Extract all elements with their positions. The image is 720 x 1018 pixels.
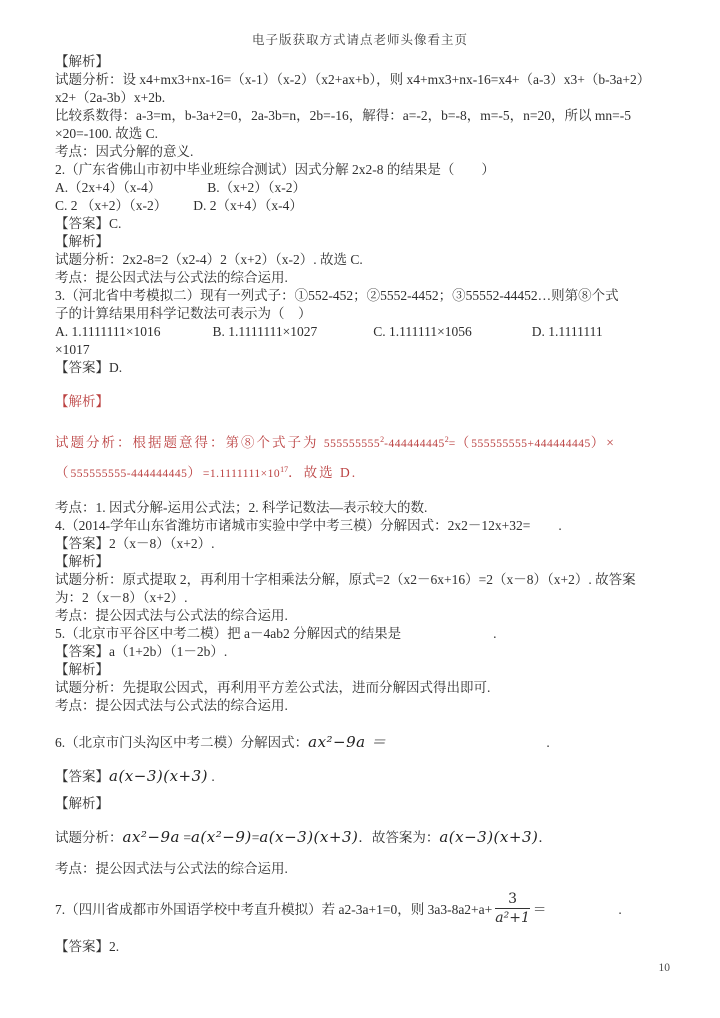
doc-line: A. 1.1111111×1016B. 1.1111111×1027C. 1.1… <box>55 323 680 341</box>
doc-line: 试题分析：ax²−9a =a(x²−9)=a(x−3)(x+3)．故答案为：a(… <box>55 825 680 850</box>
text-segment: ． <box>538 830 552 845</box>
text-segment: 555555555+444444445 <box>471 438 591 450</box>
text-segment: 【答案】a（1+2b）（1－2b）. <box>55 644 227 659</box>
doc-line: 考点：因式分解的意义. <box>55 143 680 161</box>
text-segment: D. 1.1111111 <box>532 324 603 339</box>
text-segment: C. 2 （x+2）（x-2） <box>55 198 167 213</box>
text-segment: 3.（河北省中考模拟二）现有一列式子：①552-452；②5552-4452；③… <box>55 288 619 303</box>
text-segment: 555555555-444444445 <box>71 468 188 480</box>
text-segment: 【答案】D. <box>55 360 122 375</box>
text-segment: . <box>618 902 621 917</box>
text-segment: ．故答案为： <box>358 830 439 845</box>
text-segment: -444444445 <box>384 438 445 450</box>
text-segment: 试题分析：2x2-8=2（x2-4）2（x+2）（x-2）. 故选 C. <box>55 252 363 267</box>
doc-line: 考点：提公因式法与公式法的综合运用. <box>55 860 680 878</box>
text-segment: . <box>558 518 561 533</box>
text-segment: =1.1111111×10 <box>203 468 280 480</box>
doc-line: 考点：提公因式法与公式法的综合运用. <box>55 607 680 625</box>
text-segment: = <box>449 438 456 450</box>
text-segment: 试题分析：设 x4+mx3+nx-16=（x-1）（x-2）（x2+ax+b），… <box>55 72 650 87</box>
doc-line: 试题分析：根据题意得：第⑧个式子为 5555555552-4444444452=… <box>55 427 680 457</box>
text-segment: 【答案】C. <box>55 216 121 231</box>
text-segment: （ <box>456 435 472 450</box>
doc-line: 【答案】a（1+2b）（1－2b）. <box>55 643 680 661</box>
doc-line: 考点：提公因式法与公式法的综合运用. <box>55 697 680 715</box>
text-segment: 4.（2014-学年山东省潍坊市诸城市实验中学中考三模）分解因式：2x2－12x… <box>55 518 530 533</box>
doc-line: 比较系数得：a-3=m，b-3a+2=0，2a-3b=n，2b=-16，解得：a… <box>55 107 680 125</box>
text-segment: 试题分析：原式提取 2，再利用十字相乘法分解，原式=2（x2－6x+16）=2（… <box>55 572 636 587</box>
doc-line: ×1017 <box>55 341 680 359</box>
math-formula: ax²−9a <box>123 828 180 846</box>
doc-line: 【解析】 <box>55 553 680 571</box>
text-segment: ＝ <box>533 902 547 917</box>
text-segment: B.（x+2）（x-2） <box>207 180 306 195</box>
header-note: 电子版获取方式请点老师头像看主页 <box>0 30 720 48</box>
text-segment: D. 2（x+4）（x-4） <box>193 198 303 213</box>
doc-line: 考点：1. 因式分解-运用公式法；2. 科学记数法—表示较大的数. <box>55 499 680 517</box>
text-segment: 【解析】 <box>55 662 109 677</box>
text-segment: ×20=-100. 故选 C. <box>55 126 158 141</box>
math-formula: a(x−3)(x+3) <box>439 828 538 846</box>
math-formula: a(x−3)(x+3) <box>259 828 358 846</box>
doc-line: 7.（四川省成都市外国语学校中考直升模拟）若 a2-3a+1=0，则 3a3-8… <box>55 888 680 932</box>
math-formula: ax²−9a ＝ <box>308 733 386 751</box>
math-formula: a(x−3)(x+3) <box>109 767 208 785</box>
fraction: 3a²+1 <box>495 891 530 926</box>
text-segment: 2.（广东省佛山市初中毕业班综合测试）因式分解 2x2-8 的结果是（ ） <box>55 162 495 177</box>
doc-line: x2+（2a-3b）x+2b. <box>55 89 680 107</box>
text-segment: 【解析】 <box>55 234 109 249</box>
text-segment: = <box>180 830 191 845</box>
text-segment: ） <box>187 465 203 480</box>
doc-line: 试题分析：设 x4+mx3+nx-16=（x-1）（x-2）（x2+ax+b），… <box>55 71 680 89</box>
doc-line: 【解析】 <box>55 233 680 251</box>
text-segment: 考点：提公因式法与公式法的综合运用. <box>55 861 288 876</box>
text-segment: . <box>208 769 215 784</box>
doc-line: 为：2（x－8）（x+2）. <box>55 589 680 607</box>
doc-line: 试题分析：2x2-8=2（x2-4）2（x+2）（x-2）. 故选 C. <box>55 251 680 269</box>
doc-line: 3.（河北省中考模拟二）现有一列式子：①552-452；②5552-4452；③… <box>55 287 680 305</box>
text-segment: 【答案】2. <box>55 939 119 954</box>
text-segment: 子的计算结果用科学记数法可表示为（ ） <box>55 306 312 321</box>
doc-line: 【答案】D. <box>55 359 680 377</box>
text-segment: 6.（北京市门头沟区中考二模）分解因式： <box>55 735 308 750</box>
doc-line: 【解析】 <box>55 393 680 411</box>
superscript: 17 <box>280 465 288 474</box>
text-segment: （ <box>55 465 71 480</box>
text-segment: A. 1.1111111×1016 <box>55 324 160 339</box>
text-segment: 考点：1. 因式分解-运用公式法；2. 科学记数法—表示较大的数. <box>55 500 427 515</box>
text-segment: 试题分析：先提取公因式，再利用平方差公式法，进而分解因式得出即可. <box>55 680 490 695</box>
doc-line: 4.（2014-学年山东省潍坊市诸城市实验中学中考三模）分解因式：2x2－12x… <box>55 517 680 535</box>
text-segment: . <box>546 735 549 750</box>
doc-line: 【答案】2. <box>55 938 680 956</box>
doc-line: 考点：提公因式法与公式法的综合运用. <box>55 269 680 287</box>
math-formula: a(x²−9) <box>191 828 252 846</box>
doc-line: 【解析】 <box>55 53 680 71</box>
text-segment: 【解析】 <box>55 54 109 69</box>
text-segment: C. 1.111111×1056 <box>373 324 472 339</box>
doc-line: 子的计算结果用科学记数法可表示为（ ） <box>55 305 680 323</box>
doc-line: 【答案】2（x－8）（x+2）. <box>55 535 680 553</box>
text-segment: 考点：提公因式法与公式法的综合运用. <box>55 608 288 623</box>
doc-line: 【解析】 <box>55 795 680 813</box>
fraction-numerator: 3 <box>495 891 530 909</box>
text-segment: ×1017 <box>55 342 90 357</box>
doc-line: 【答案】C. <box>55 215 680 233</box>
text-segment: 考点：提公因式法与公式法的综合运用. <box>55 698 288 713</box>
doc-line: 试题分析：原式提取 2，再利用十字相乘法分解，原式=2（x2－6x+16）=2（… <box>55 571 680 589</box>
text-segment: 5.（北京市平谷区中考二模）把 a－4ab2 分解因式的结果是 <box>55 626 401 641</box>
document-page: 电子版获取方式请点老师头像看主页 【解析】试题分析：设 x4+mx3+nx-16… <box>0 0 720 1018</box>
text-segment: ）× <box>591 435 616 450</box>
text-segment: A.（2x+4）（x-4） <box>55 180 161 195</box>
text-segment: ．故选 D. <box>288 465 357 480</box>
page-number: 10 <box>659 962 671 974</box>
doc-line: （555555555-444444445）=1.1111111×1017．故选 … <box>55 457 680 487</box>
text-segment: 为：2（x－8）（x+2）. <box>55 590 188 605</box>
doc-line: 6.（北京市门头沟区中考二模）分解因式：ax²−9a ＝. <box>55 731 680 754</box>
document-body: 【解析】试题分析：设 x4+mx3+nx-16=（x-1）（x-2）（x2+ax… <box>55 53 680 956</box>
doc-line: 【答案】a(x−3)(x+3) . <box>55 764 680 789</box>
text-segment: 【解析】 <box>55 796 109 811</box>
text-segment: 【解析】 <box>55 554 109 569</box>
fraction-denominator: a²+1 <box>495 909 530 926</box>
text-segment: 考点：提公因式法与公式法的综合运用. <box>55 270 288 285</box>
text-segment: . <box>493 626 496 641</box>
text-segment: 比较系数得：a-3=m，b-3a+2=0，2a-3b=n，2b=-16，解得：a… <box>55 108 631 123</box>
text-segment: 【解析】 <box>55 394 109 409</box>
text-segment: 考点：因式分解的意义. <box>55 144 193 159</box>
doc-line: 【解析】 <box>55 661 680 679</box>
text-segment: 555555555 <box>324 438 380 450</box>
doc-line: 5.（北京市平谷区中考二模）把 a－4ab2 分解因式的结果是. <box>55 625 680 643</box>
text-segment: 试题分析：根据题意得：第⑧个式子为 <box>55 435 324 450</box>
doc-line: ×20=-100. 故选 C. <box>55 125 680 143</box>
doc-line: C. 2 （x+2）（x-2）D. 2（x+4）（x-4） <box>55 197 680 215</box>
text-segment: 试题分析： <box>55 830 123 845</box>
text-segment: B. 1.1111111×1027 <box>212 324 317 339</box>
text-segment: 【答案】2（x－8）（x+2）. <box>55 536 215 551</box>
doc-line: A.（2x+4）（x-4）B.（x+2）（x-2） <box>55 179 680 197</box>
doc-line: 试题分析：先提取公因式，再利用平方差公式法，进而分解因式得出即可. <box>55 679 680 697</box>
text-segment: 【答案】 <box>55 769 109 784</box>
text-segment: x2+（2a-3b）x+2b. <box>55 90 165 105</box>
text-segment: 7.（四川省成都市外国语学校中考直升模拟）若 a2-3a+1=0，则 3a3-8… <box>55 902 492 917</box>
doc-line: 2.（广东省佛山市初中毕业班综合测试）因式分解 2x2-8 的结果是（ ） <box>55 161 680 179</box>
